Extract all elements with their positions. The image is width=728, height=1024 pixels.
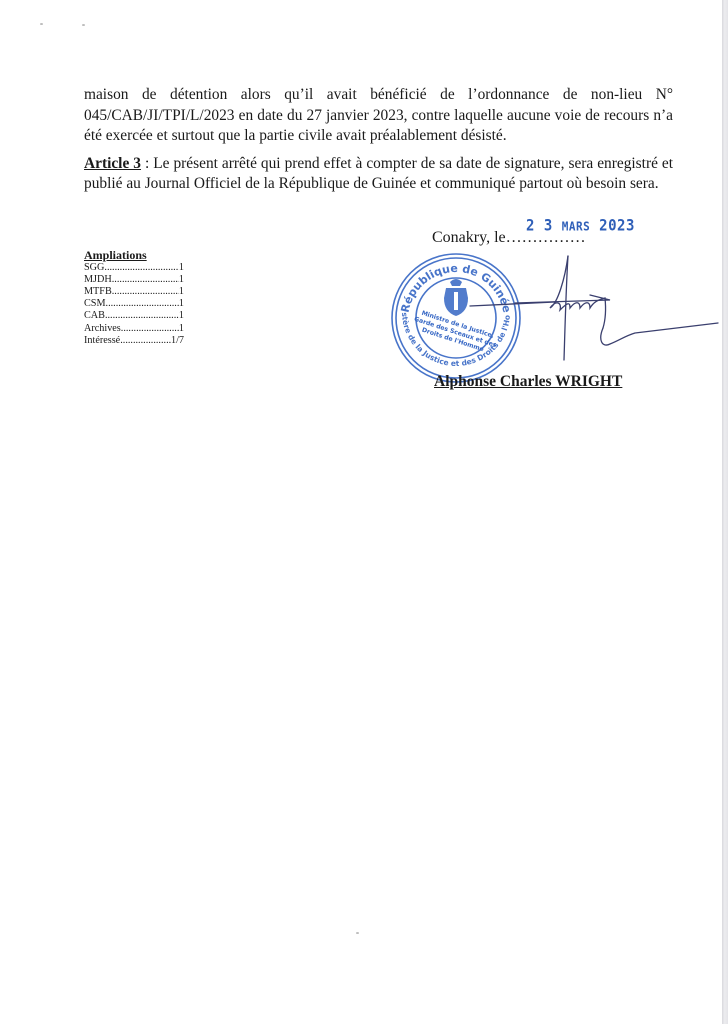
- article-3-label: Article 3: [84, 155, 141, 172]
- ampliation-label: Intéressé: [84, 335, 120, 347]
- article-3: Article 3 : Le présent arrêté qui prend …: [84, 154, 673, 195]
- date-stamp-day: 2 3: [526, 217, 553, 235]
- date-stamp-year: 2023: [599, 217, 635, 235]
- document-body: maison de détention alors qu’il avait bé…: [84, 85, 673, 195]
- ampliation-count: 1: [179, 310, 184, 322]
- ampliation-dots: [112, 286, 179, 298]
- page-edge-shadow: [722, 0, 728, 1024]
- scan-speck: [82, 24, 85, 26]
- ampliations-title: Ampliations: [84, 249, 184, 261]
- ampliation-dots: [104, 262, 179, 274]
- ampliation-dots: [106, 298, 179, 310]
- ampliation-dots: [112, 274, 179, 286]
- ampliation-label: CSM: [84, 298, 106, 310]
- ampliation-label: MTFB: [84, 286, 112, 298]
- scan-speck: [356, 932, 359, 934]
- article-3-text: Le présent arrêté qui prend effet à comp…: [84, 155, 673, 193]
- ampliation-count: 1/7: [171, 335, 184, 347]
- ampliation-label: Archives: [84, 323, 121, 335]
- date-stamp-month: MARS: [562, 219, 591, 234]
- scan-speck: [40, 23, 43, 25]
- article-3-separator: :: [141, 155, 153, 172]
- ampliation-label: CAB: [84, 310, 105, 322]
- ampliation-count: 1: [179, 298, 184, 310]
- ampliation-dots: [121, 323, 179, 335]
- ampliation-row: SGG1: [84, 262, 184, 274]
- ampliation-count: 1: [179, 323, 184, 335]
- ampliation-count: 1: [179, 286, 184, 298]
- date-stamp: 2 3 MARS 2023: [526, 217, 635, 235]
- ampliation-row: Intéressé1/7: [84, 335, 184, 347]
- ampliation-dots: [105, 310, 179, 322]
- ampliations-list: Ampliations SGG1MJDH1MTFB1CSM1CAB1Archiv…: [84, 249, 184, 347]
- signature-icon: [420, 248, 720, 368]
- ampliation-row: CAB1: [84, 310, 184, 322]
- paragraph-continuation: maison de détention alors qu’il avait bé…: [84, 85, 673, 147]
- ampliation-label: SGG: [84, 262, 104, 274]
- ampliation-row: MTFB1: [84, 286, 184, 298]
- ampliation-count: 1: [179, 262, 184, 274]
- ampliation-row: Archives1: [84, 323, 184, 335]
- signatory-name: Alphonse Charles WRIGHT: [434, 373, 622, 391]
- ampliation-count: 1: [179, 274, 184, 286]
- ampliation-label: MJDH: [84, 274, 112, 286]
- ampliation-row: MJDH1: [84, 274, 184, 286]
- place-date-prefix: Conakry, le: [432, 229, 506, 246]
- ampliation-dots: [120, 335, 171, 347]
- ampliation-row: CSM1: [84, 298, 184, 310]
